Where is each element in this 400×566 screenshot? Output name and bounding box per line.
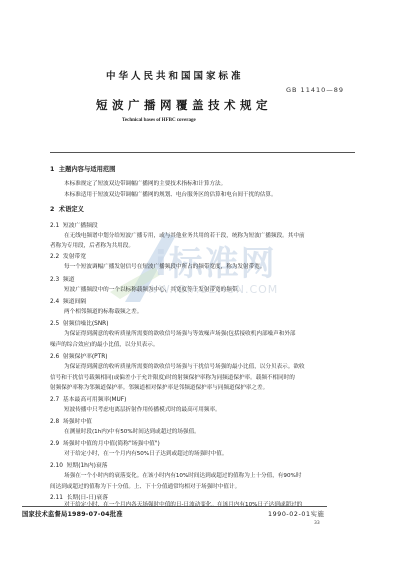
section-2-heading: 2 术语定义 [50, 204, 84, 213]
term-heading: 2.7 基本最高可用频率(MUF) [50, 394, 126, 403]
term-definition: 噪声的综合效应)的最小比值，以分贝表示。 [50, 340, 158, 348]
standard-name: 中华人民共和国国家标准 [106, 68, 244, 82]
section-1-paragraph: 本标准规定了短波双边带调幅广播网的主要技术指标和计算方法。 [64, 179, 226, 187]
term-heading: 2.10 短期(1h内)衰落 [50, 460, 107, 469]
term-heading: 2.6 射频保护率(PTR) [50, 351, 108, 360]
term-definition: 间达到或超过的值称为下十分值。上、下十分值通常均相对于场强时中值计。 [50, 482, 240, 490]
term-definition: 射频保护率称为邻频道保护率。邻频道相对保护率是邻频道保护率与同频道保护率之差。 [50, 383, 268, 391]
term-definition: 者称为专用段，后者称为共用段。 [50, 241, 134, 249]
term-definition: 为保证得到满意的收听质量所需要的欲收信号场强与干扰信号场强的最小比值，以分贝表示… [64, 362, 305, 370]
approval-date: 国家技术监督局1989-07-04批准 [22, 509, 123, 518]
term-heading: 2.4 频道间隔 [50, 296, 86, 305]
term-definition: 对于给定小时，在一个月内有50%日子达到或超过的场强时中值。 [64, 449, 227, 457]
standard-code: GB 11410—89 [286, 86, 344, 94]
term-definition: 场强在一个小时内的衰落变化。在该小时内有10%时间达到或超过的值称为上十分值，有… [64, 471, 301, 479]
document-title: 短波广播网覆盖技术规定 [96, 97, 272, 113]
term-heading: 2.5 射频信噪比(SNR) [50, 318, 108, 327]
term-definition: 短波传播中只考虑电离层折射作用传播模式时的最高可用频率。 [64, 405, 221, 413]
footer-divider [22, 506, 327, 507]
term-heading: 2.9 场强时中值的月中值(简称"场强中值") [50, 438, 160, 447]
implementation-date: 1990-02-01实施 [268, 509, 324, 518]
term-definition: 短波广播频段中的一个以标称载频为中心，其宽度等于发射带宽的频带。 [64, 285, 243, 293]
watermark-text: i标准网 [155, 236, 277, 285]
term-definition: 在测量时段(1h内)中有50%时间达到或超过的场强值。 [64, 427, 200, 435]
term-heading: 2.2 发射带宽 [50, 251, 86, 260]
document-subtitle-en: Technical bases of HFBC coverage [122, 118, 196, 123]
term-definition: 信号和干扰信号载频相同(或偏差小于允许限度)时的射频保护率称为同频道保护率。载频… [50, 373, 295, 381]
section-1-heading: 1 主题内容与适用范围 [50, 164, 115, 173]
term-heading: 2.1 短波广播频段 [50, 220, 98, 229]
term-definition: 为保证得到满意的收听质量所需要的欲收信号场强与等效噪声场强(包括接收机内部噪声和… [64, 329, 296, 337]
term-definition: 两个相邻频道的标称载频之差。 [64, 307, 142, 315]
term-definition: 在无线电频谱中划分给短波广播专用，或与其他业务共用的若干段，统称为短波广播频段。… [64, 231, 305, 239]
term-definition: 每一个短波调幅广播发射信号在短波广播频段中所占的频带宽度，称为发射带宽。 [64, 262, 265, 270]
term-heading: 2.8 场强时中值 [50, 416, 92, 425]
header-divider [50, 152, 355, 153]
page-number: 33 [314, 521, 320, 526]
term-heading: 2.3 频道 [50, 274, 75, 283]
section-1-paragraph: 本标准适用于短波双边带调幅广播网的规划、电台服务区的估算和电台间干扰的估算。 [64, 190, 277, 198]
